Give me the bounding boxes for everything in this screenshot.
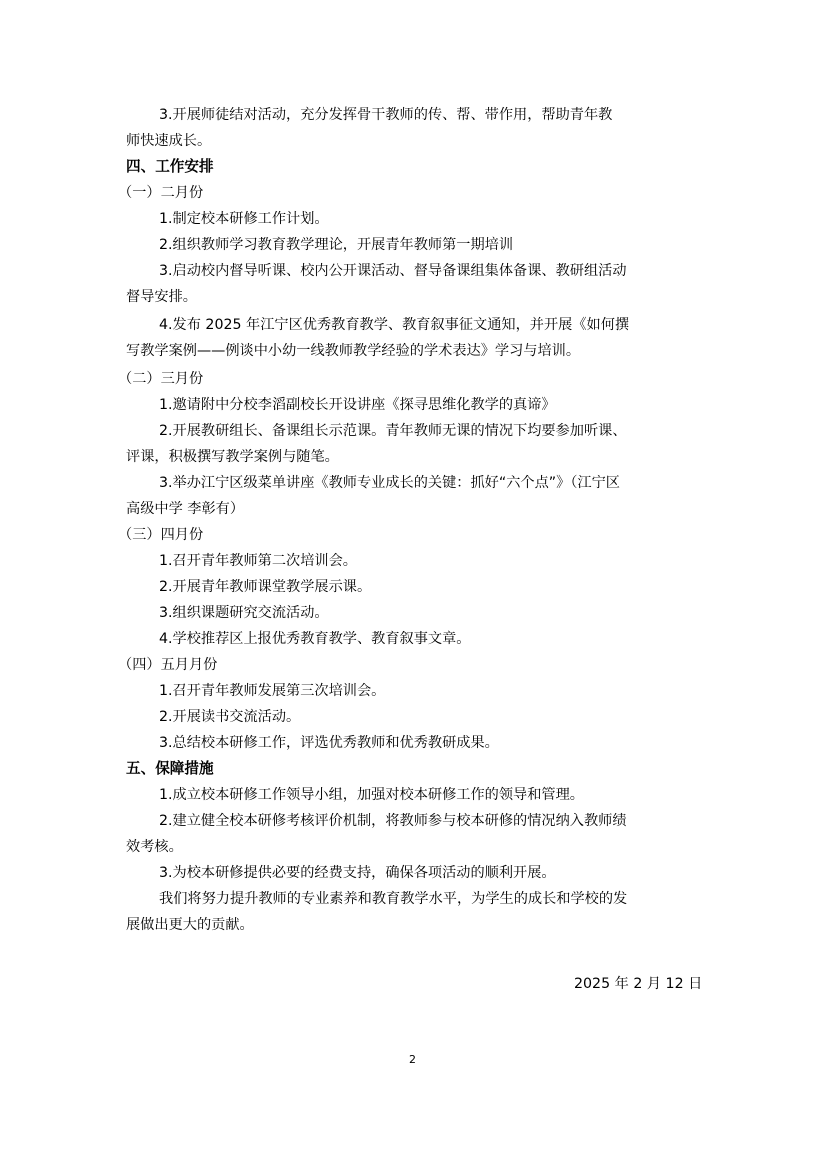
paragraph-line: 2.组织教师学习教育教学理论，开展青年教师第一期培训: [126, 232, 513, 258]
paragraph-line: 1.召开青年教师第二次培训会。: [126, 548, 357, 574]
paragraph-line: 3.开展师徒结对活动，充分发挥骨干教师的传、帮、带作用，帮助青年教: [126, 102, 612, 128]
subsection-heading: （四）五月月份: [118, 652, 217, 678]
paragraph-line: 4.发布 2025 年江宁区优秀教育教学、教育叙事征文通知，并开展《如何撰: [126, 312, 629, 338]
paragraph-line: 3.启动校内督导听课、校内公开课活动、督导备课组集体备课、教研组活动: [126, 258, 627, 284]
paragraph-line: 师快速成长。: [126, 128, 211, 154]
paragraph-line: 1.邀请附中分校李滔副校长开设讲座《探寻思维化教学的真谛》: [126, 392, 556, 418]
paragraph-line: 4.学校推荐区上报优秀教育教学、教育叙事文章。: [126, 626, 470, 652]
paragraph-line: 3.为校本研修提供必要的经费支持，确保各项活动的顺利开展。: [126, 860, 556, 886]
paragraph-line: 我们将努力提升教师的专业素养和教育教学水平，为学生的成长和学校的发: [126, 886, 627, 912]
subsection-heading: （二）三月份: [118, 366, 203, 392]
document-date: 2025 年 2 月 12 日: [574, 973, 702, 993]
section-heading: 四、工作安排: [126, 154, 214, 180]
paragraph-line: 2.建立健全校本研修考核评价机制，将教师参与校本研修的情况纳入教师绩: [126, 808, 627, 834]
paragraph-line: 3.举办江宁区级菜单讲座《教师专业成长的关键：抓好“六个点”》（江宁区: [126, 470, 620, 496]
paragraph-line: 3.组织课题研究交流活动。: [126, 600, 329, 626]
paragraph-line: 督导安排。: [126, 284, 197, 310]
paragraph-line: 展做出更大的贡献。: [126, 912, 254, 938]
paragraph-line: 评课，积极撰写教学案例与随笔。: [126, 444, 339, 470]
paragraph-line: 1.成立校本研修工作领导小组，加强对校本研修工作的领导和管理。: [126, 782, 584, 808]
section-heading: 五、保障措施: [126, 756, 214, 782]
paragraph-line: 效考核。: [126, 834, 183, 860]
paragraph-line: 1.召开青年教师发展第三次培训会。: [126, 678, 385, 704]
paragraph-line: 2.开展读书交流活动。: [126, 704, 300, 730]
paragraph-line: 1.制定校本研修工作计划。: [126, 206, 329, 232]
paragraph-line: 写教学案例——例谈中小幼一线教师教学经验的学术表达》学习与培训。: [126, 338, 580, 364]
subsection-heading: （一）二月份: [118, 180, 203, 206]
paragraph-line: 2.开展教研组长、备课组长示范课。青年教师无课的情况下均要参加听课、: [126, 418, 627, 444]
paragraph-line: 3.总结校本研修工作，评选优秀教师和优秀教研成果。: [126, 730, 499, 756]
paragraph-line: 高级中学 李彰有）: [126, 496, 244, 522]
page-number: 2: [409, 1053, 416, 1066]
paragraph-line: 2.开展青年教师课堂教学展示课。: [126, 574, 371, 600]
subsection-heading: （三）四月份: [118, 522, 203, 548]
